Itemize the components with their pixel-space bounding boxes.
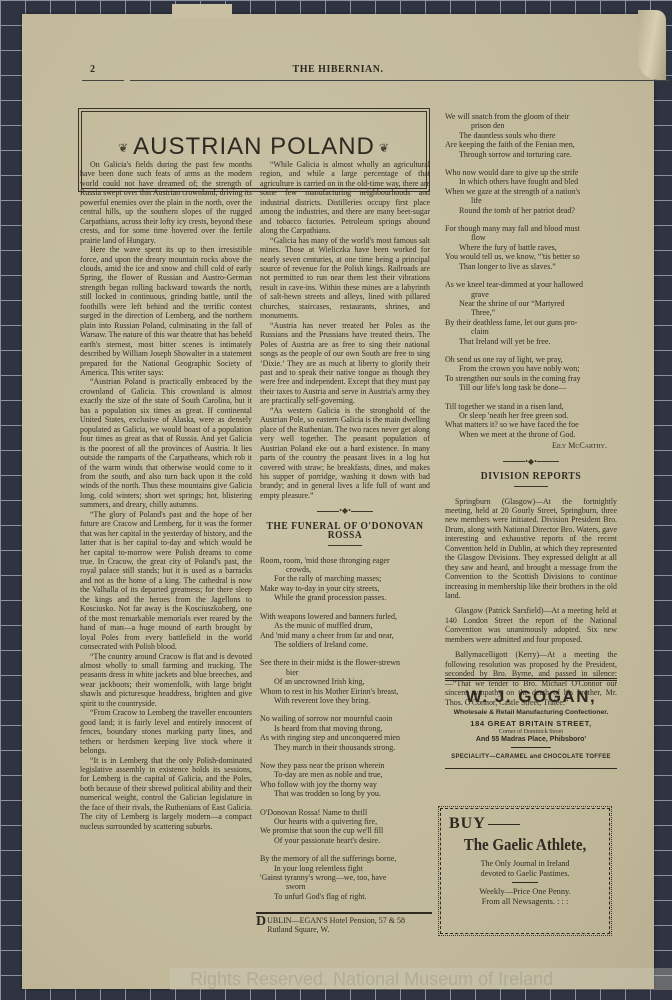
poem-line: By their deathless fame, let our guns pr…: [445, 318, 617, 327]
drop-initial: D: [256, 916, 266, 928]
poem-line: Now they pass near the prison wherein: [260, 761, 430, 770]
poem-stanza: With weapons lowered and banners furled,…: [260, 612, 430, 650]
ornament-icon: ❦: [379, 141, 390, 155]
gaelic-athlete-advertisement: BUY The Gaelic Athlete, The Only Journal…: [440, 808, 610, 934]
confectioner-advertisement: W. J. GOGAN, Wholesale & Retail Manufact…: [445, 678, 617, 769]
title-rule: [328, 545, 362, 546]
poem-line: As the music of muffled drum,: [260, 621, 430, 630]
article-paragraph: “The glory of Poland's past and the hope…: [80, 510, 252, 652]
arrow-icon: [488, 824, 520, 825]
ad-double-rule: [445, 678, 617, 681]
report-paragraph: Springburn (Glasgow)—At the fortnightly …: [445, 497, 617, 601]
advertiser-subtitle: Wholesale & Retail Manufacturing Confect…: [445, 709, 617, 716]
poem-continuation: We will snatch from the gloom of their p…: [445, 112, 617, 451]
poem-line: With weapons lowered and banners furled,: [260, 612, 430, 621]
poem-line: Room, room, 'mid those thronging eager: [260, 556, 430, 565]
buy-label: BUY: [449, 815, 486, 832]
poem-line: Who now would dare to give up the strife: [445, 168, 617, 177]
poem-line: grave: [445, 290, 617, 299]
poem-line: For the rally of marching masses;: [260, 574, 430, 583]
poem-line: Make way to-day in your city streets,: [260, 584, 430, 593]
article-paragraph: “While Galicia is almost wholly an agric…: [260, 160, 430, 236]
poem-line: The soldiers of Ireland come.: [260, 640, 430, 649]
poem-author: Eily McCarthy.: [445, 441, 617, 450]
poem-line: We promise that soon the cup we'll fill: [260, 826, 430, 835]
poem-stanza: Who now would dare to give up the strife…: [445, 168, 617, 215]
ornamental-divider: •◆•: [445, 457, 617, 466]
article-paragraph: Here the wave spent its up to then irres…: [80, 245, 252, 377]
header-rule-right: [130, 80, 670, 81]
poem-line: 'Gainst tyranny's wrong—we, too, have: [260, 873, 430, 882]
poem-stanza: Now they pass near the prison wherein To…: [260, 761, 430, 799]
poem-line: prison den: [445, 121, 617, 130]
poem-line: O'Donovan Rossa! Name to thrill: [260, 808, 430, 817]
poem-line: Oh send us one ray of light, we pray,: [445, 355, 617, 364]
hotel-advertisement: DUBLIN—EGAN'S Hotel Pension, 57 & 58 Rut…: [256, 912, 432, 935]
poem-line: You would tell us, we know, “'tis better…: [445, 252, 617, 261]
ad-rule: [445, 768, 617, 769]
poem-line: As we kneel tear-dimmed at your hallowed: [445, 280, 617, 289]
divider-glyph-icon: •◆•: [525, 457, 537, 466]
poem-stanza: Room, room, 'mid those thronging eager c…: [260, 556, 430, 603]
poem-stanza: We will snatch from the gloom of their p…: [445, 112, 617, 159]
poem-line: Of your passionate heart's desire.: [260, 836, 430, 845]
article-paragraph: “The country around Cracow is flat and i…: [80, 652, 252, 709]
poem-line: crowds,: [260, 565, 430, 574]
poem-line: Till our life's long task be done—: [445, 383, 617, 392]
description-line: devoted to Gaelic Pastimes.: [449, 869, 601, 879]
paper-tab-fragment: [172, 4, 232, 18]
ad-short-rule: [511, 747, 551, 748]
poem-stanza: No wailing of sorrow nor mournful caoin …: [260, 714, 430, 752]
header-rule-left: [82, 80, 124, 81]
poem-stanza: For though many may fall and blood must …: [445, 224, 617, 271]
description-line: The Only Journal in Ireland: [449, 859, 601, 869]
divider-glyph-icon: •◆•: [339, 506, 351, 515]
magazine-price: Weekly—Price One Penny. From all Newsage…: [449, 887, 601, 907]
poem-line: sworn: [260, 882, 430, 891]
copyright-watermark: Rights Reserved. National Museum of Irel…: [170, 968, 672, 990]
poem-line: In your long relentless fight: [260, 864, 430, 873]
poem-line: With reverent love they bring.: [260, 696, 430, 705]
poem-line: Through sorrow and torturing care.: [445, 150, 617, 159]
poem-line: By the memory of all the sufferings born…: [260, 854, 430, 863]
poem-line: See there in their midst is the flower-s…: [260, 658, 430, 667]
poem-stanza: By the memory of all the sufferings born…: [260, 854, 430, 901]
report-paragraph: Glasgow (Patrick Sarsfield)—At a meeting…: [445, 606, 617, 644]
article-paragraph: On Galicia's fields during the past few …: [80, 160, 252, 245]
article-column-left: On Galicia's fields during the past few …: [80, 160, 252, 831]
poem-line: Or sleep 'neath her free green sod.: [445, 411, 617, 420]
article-paragraph: “From Cracow to Lemberg the traveller en…: [80, 708, 252, 755]
poem-line: For though many may fall and blood must: [445, 224, 617, 233]
poem-line: Round the tomb of her patriot dead?: [445, 206, 617, 215]
poem-line: To unfurl God's flag of right.: [260, 892, 430, 901]
poem-line: When we gaze at the strength of a nation…: [445, 187, 617, 196]
poem-line: Of an uncrowned Irish king,: [260, 677, 430, 686]
poem-line: In which others have fought and bled: [445, 177, 617, 186]
poem-line: Are keeping the faith of the Fenian men,: [445, 140, 617, 149]
article-paragraph: “As western Galicia is the stronghold of…: [260, 406, 430, 501]
poem-line: Is heard from that moving throng,: [260, 724, 430, 733]
poem-line: They march in their thousands strong.: [260, 743, 430, 752]
article-column-right: We will snatch from the gloom of their p…: [445, 112, 617, 707]
poem-line: As with ringing step and unconquered mie…: [260, 733, 430, 742]
poem-line: Whom to rest in his Mother Eirinn's brea…: [260, 687, 430, 696]
poem-line: To-day are men as noble and true,: [260, 770, 430, 779]
poem-line: What matters it? so we have faced the fo…: [445, 420, 617, 429]
hotel-ad-text: UBLIN—EGAN'S Hotel Pension, 57 & 58 Rutl…: [267, 916, 405, 934]
poem-line: flow: [445, 233, 617, 242]
poem-line: From the crown you have nobly won;: [445, 364, 617, 373]
poem-stanza: See there in their midst is the flower-s…: [260, 658, 430, 705]
poem-line: When we meet at the throne of God.: [445, 430, 617, 439]
poem-line: The dauntless souls who there: [445, 131, 617, 140]
article-paragraph: “Austrian Poland is practically embraced…: [80, 377, 252, 509]
advertiser-corner: Corner of Dominick Street: [445, 729, 617, 735]
article-title: ❦AUSTRIAN POLAND❦: [79, 133, 429, 161]
buy-heading: BUY: [449, 815, 601, 833]
poem-line: To strengthen our souls in the coming fr…: [445, 374, 617, 383]
division-reports-title: DIVISION REPORTS: [449, 472, 612, 481]
poem-line: Our hearts with a quivering fire,: [260, 817, 430, 826]
ad-short-rule: [512, 882, 538, 883]
poem-stanza: O'Donovan Rossa! Name to thrill Our hear…: [260, 808, 430, 846]
article-title-text: AUSTRIAN POLAND: [133, 133, 375, 160]
poem-line: And 'mid many a cheer from far and near,: [260, 631, 430, 640]
poem-line: Near the shrine of our “Martyred: [445, 299, 617, 308]
publication-title: THE HIBERNIAN.: [62, 64, 614, 75]
advertiser-name: W. J. GOGAN,: [445, 687, 617, 707]
article-paragraph: “It is in Lemberg that the only Polish-d…: [80, 756, 252, 832]
poem-line: life: [445, 196, 617, 205]
poem-body: Room, room, 'mid those thronging eager c…: [260, 556, 430, 902]
price-line: From all Newsagents. : : :: [449, 897, 601, 907]
poem-title: THE FUNERAL OF O'DONOVAN ROSSA: [264, 522, 426, 541]
poem-line: That was trodden so long by you.: [260, 789, 430, 798]
poem-line: bier: [260, 668, 430, 677]
poem-stanza: As we kneel tear-dimmed at your hallowed…: [445, 280, 617, 346]
poem-line: Where the fury of battle raves,: [445, 243, 617, 252]
poem-stanza: Oh send us one ray of light, we pray, Fr…: [445, 355, 617, 393]
ornamental-divider: •◆•: [260, 506, 430, 515]
article-column-middle: “While Galicia is almost wholly an agric…: [260, 160, 430, 910]
poem-line: Three,”: [445, 308, 617, 317]
article-paragraph: “Galicia has many of the world's most fa…: [260, 236, 430, 321]
poem-line: claim: [445, 327, 617, 336]
poem-line: While the grand procession passes.: [260, 593, 430, 602]
folded-corner: [638, 10, 666, 80]
poem-line: No wailing of sorrow nor mournful caoin: [260, 714, 430, 723]
advertiser-address-2: And 55 Madras Place, Phibsboro': [445, 736, 617, 743]
poem-line: That Ireland will yet be free.: [445, 337, 617, 346]
poem-line: We will snatch from the gloom of their: [445, 112, 617, 121]
ornament-icon: ❦: [118, 141, 129, 155]
poem-line: Till together we stand in a risen land,: [445, 402, 617, 411]
poem-line: Than longer to live as slaves.”: [445, 262, 617, 271]
advertiser-speciality: SPECIALITY—CARAMEL and CHOCOLATE TOFFEE: [445, 754, 617, 760]
advertiser-address: 184 GREAT BRITAIN STREET,: [445, 719, 617, 728]
poem-line: Who follow with joy the thorny way: [260, 780, 430, 789]
article-paragraph: “Austria has never treated her Poles as …: [260, 321, 430, 406]
poem-stanza: Till together we stand in a risen land, …: [445, 402, 617, 440]
page-header: 2 THE HIBERNIAN.: [62, 60, 614, 80]
title-rule: [514, 486, 548, 487]
magazine-title: The Gaelic Athlete,: [458, 835, 592, 855]
price-line: Weekly—Price One Penny.: [449, 887, 601, 897]
magazine-description: The Only Journal in Ireland devoted to G…: [449, 859, 601, 878]
